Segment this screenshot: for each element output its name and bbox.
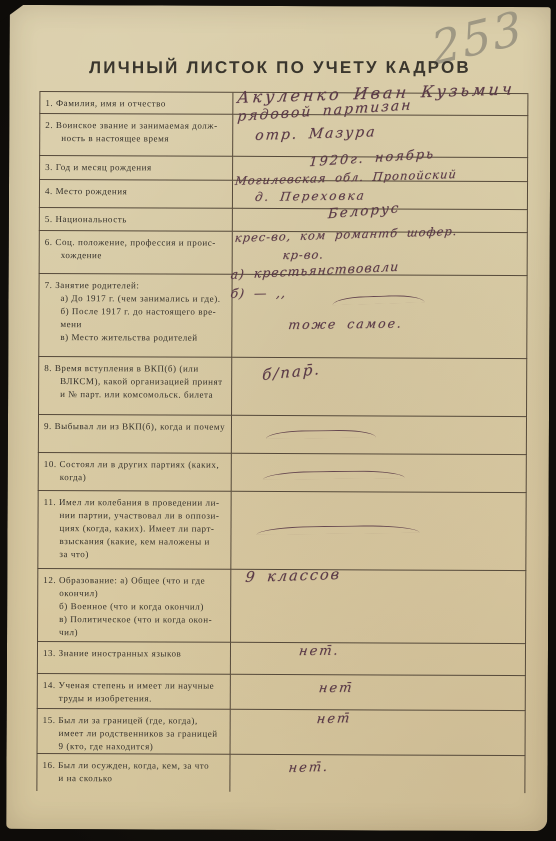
row-11-value: [231, 492, 526, 571]
row-3-label-text: 3. Год и месяц рождения: [61, 161, 228, 175]
row-6-label-text: 6. Соц. положение, профессия и проис-хож…: [61, 236, 228, 263]
row-4-handwritten-entry: д. Переховка: [254, 188, 367, 203]
row-10-label-text: 10. Состоял ли в других партиях (каких,к…: [60, 458, 227, 485]
row-7-label: 7. Занятие родителей:а) До 1917 г. (чем …: [38, 274, 232, 358]
row-15-value: нет̄: [231, 710, 526, 756]
row-7-value: а) крестьянствовалиб) — ,,тоже самое.: [232, 275, 527, 359]
row-8-value: б/пар̄.: [232, 358, 527, 417]
row-8-label-text: 8. Время вступления в ВКП(б) (илиВЛКСМ),…: [60, 362, 227, 402]
row-2-handwritten-entry: отр. Мазура: [254, 124, 377, 144]
row-7-handwritten-entry: б) — ,,: [230, 285, 288, 301]
row-13-handwritten-entry: нет̄.: [298, 644, 341, 660]
row-7-handwritten-entry: тоже самое.: [287, 316, 404, 333]
row-9-ink-dash: [266, 430, 376, 439]
personnel-form-table: 1. Фамилия, имя и отчествоАкуленко Иван …: [36, 91, 528, 793]
row-9-label-text: 9. Выбывал ли из ВКП(б), когда и почему: [60, 420, 227, 434]
row-10-value: [232, 454, 527, 493]
row-6-handwritten-entry: кр-во.: [282, 247, 325, 262]
row-4-label-text: 4. Место рождения: [61, 185, 228, 199]
row-12-value: 9 классов: [231, 570, 526, 644]
row-14-label: 14. Ученая степень и имеет ли научныетру…: [37, 674, 231, 710]
row-8-handwritten-entry: б/пар̄.: [262, 360, 322, 384]
row-5-label: 5. Национальность: [39, 208, 233, 232]
row-11-label-text: 11. Имел ли колебания в проведении ли-ни…: [59, 496, 226, 562]
row-11-ink-dash: [256, 525, 419, 535]
row-12-label-text: 12. Образование: а) Общее (что и гдеокон…: [59, 574, 226, 640]
scan-background: 253 ЛИЧНЫЙ ЛИСТОК ПО УЧЕТУ КАДРОВ 1. Фам…: [0, 0, 556, 841]
row-8-label: 8. Время вступления в ВКП(б) (илиВЛКСМ),…: [38, 357, 232, 416]
row-15-handwritten-entry: нет̄: [316, 711, 352, 727]
row-13-label-text: 13. Знание иностранных языков: [59, 647, 226, 661]
row-14-value: нет̄: [231, 675, 526, 711]
row-5-label-text: 5. Национальность: [61, 213, 228, 227]
row-15-label-text: 15. Был ли за границей (где, когда),имее…: [59, 714, 226, 754]
row-9-label: 9. Выбывал ли из ВКП(б), когда и почему: [38, 415, 232, 454]
row-7-label-text: 7. Занятие родителей:а) До 1917 г. (чем …: [60, 279, 227, 345]
row-1-label: 1. Фамилия, имя и отчество: [39, 92, 233, 115]
document-page: 253 ЛИЧНЫЙ ЛИСТОК ПО УЧЕТУ КАДРОВ 1. Фам…: [6, 5, 551, 831]
row-2-label-text: 2. Воинское звание и занимаемая долж-нос…: [61, 119, 228, 146]
row-13-label: 13. Знание иностранных языков: [37, 642, 231, 675]
row-1-label-text: 1. Фамилия, имя и отчество: [61, 97, 228, 111]
row-16-handwritten-entry: нет̄.: [288, 760, 330, 776]
row-7-ink-dash: [332, 294, 424, 305]
row-16-value: нет̄.: [230, 755, 525, 793]
row-12-handwritten-entry: 9 классов: [244, 567, 342, 586]
row-9-value: [232, 416, 527, 455]
row-11-label: 11. Имел ли колебания в проведении ли-ни…: [37, 491, 231, 570]
row-14-handwritten-entry: нет̄: [318, 681, 355, 696]
row-12-label: 12. Образование: а) Общее (что и гдеокон…: [37, 569, 231, 643]
row-4-label: 4. Место рождения: [39, 180, 233, 209]
form-title: ЛИЧНЫЙ ЛИСТОК ПО УЧЕТУ КАДРОВ: [10, 58, 551, 78]
row-6-label: 6. Соц. положение, профессия и проис-хож…: [39, 231, 233, 275]
row-16-label-text: 16. Был ли осужден, когда, кем, за чтои …: [58, 759, 225, 786]
row-10-label: 10. Состоял ли в других партиях (каких,к…: [38, 453, 232, 492]
row-14-label-text: 14. Ученая степень и имеет ли научныетру…: [59, 679, 226, 706]
row-16-label: 16. Был ли осужден, когда, кем, за чтои …: [36, 754, 230, 792]
row-15-label: 15. Был ли за границей (где, когда),имее…: [37, 709, 231, 755]
row-3-label: 3. Год и месяц рождения: [39, 156, 233, 181]
row-13-value: нет̄.: [231, 643, 526, 676]
row-10-ink-dash: [263, 470, 405, 480]
row-2-label: 2. Воинское звание и занимаемая долж-нос…: [39, 114, 233, 157]
